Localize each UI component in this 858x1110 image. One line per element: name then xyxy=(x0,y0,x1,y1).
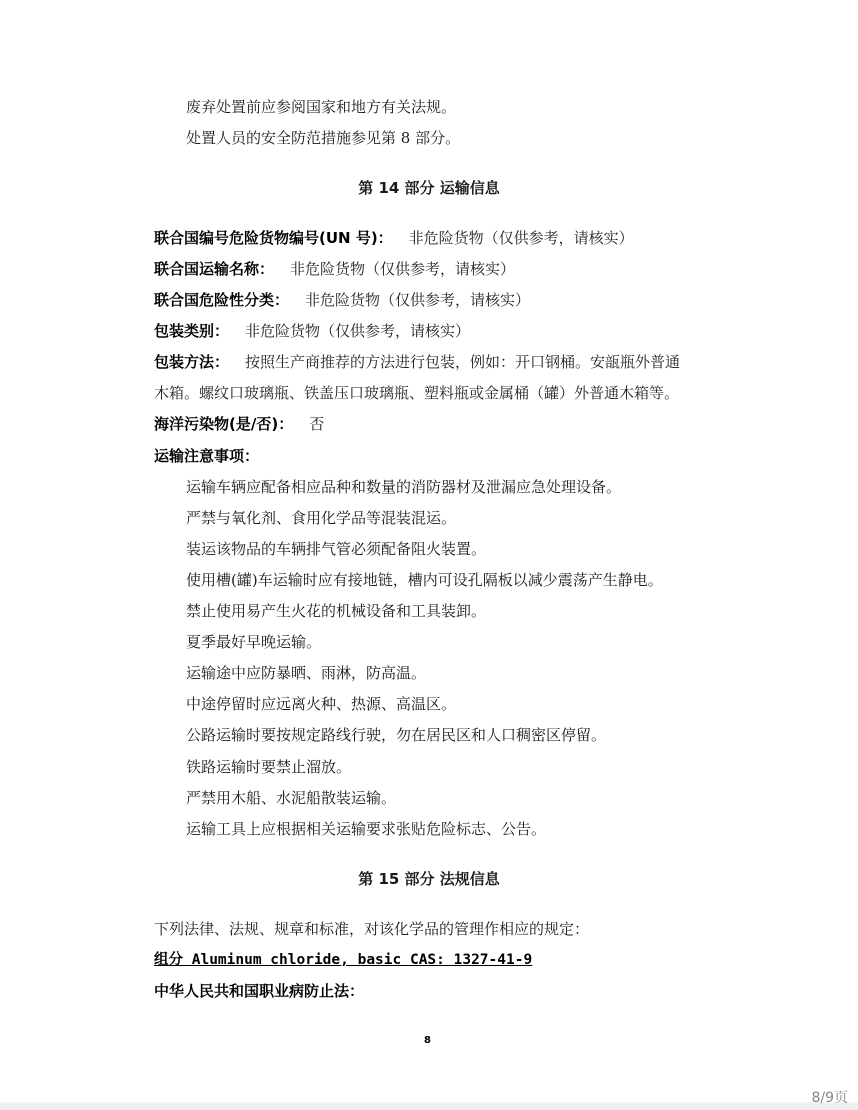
field-label: 包装类别： xyxy=(154,322,229,340)
field-packing-method: 包装方法：按照生产商推荐的方法进行包装，例如：开口钢桶。安瓿瓶外普通 xyxy=(154,352,680,372)
precaution-item: 装运该物品的车辆排气管必须配备阻火装置。 xyxy=(186,539,486,559)
field-label: 海洋污染物(是/否)： xyxy=(154,415,293,433)
field-value: 非危险货物（仅供参考，请核实） xyxy=(245,322,470,340)
field-label: 联合国运输名称： xyxy=(154,260,274,278)
precaution-item: 严禁与氧化剂、食用化学品等混装混运。 xyxy=(186,508,456,528)
precaution-item: 严禁用木船、水泥船散装运输。 xyxy=(186,788,396,808)
field-label: 联合国危险性分类： xyxy=(154,291,289,309)
field-un-hazard-class: 联合国危险性分类：非危险货物（仅供参考，请核实） xyxy=(154,290,530,310)
section-15-title: 第 15 部分 法规信息 xyxy=(0,869,858,889)
field-value: 非危险货物（仅供参考，请核实） xyxy=(305,291,530,309)
field-packing-method-continuation: 木箱。螺纹口玻璃瓶、铁盖压口玻璃瓶、塑料瓶或金属桶（罐）外普通木箱等。 xyxy=(154,383,679,403)
precaution-item: 运输工具上应根据相关运输要求张贴危险标志、公告。 xyxy=(186,819,546,839)
field-value: 按照生产商推荐的方法进行包装，例如：开口钢桶。安瓿瓶外普通 xyxy=(245,353,680,371)
precaution-item: 铁路运输时要禁止溜放。 xyxy=(186,757,351,777)
precaution-item: 运输途中应防暴晒、雨淋，防高温。 xyxy=(186,663,426,683)
field-un-shipping-name: 联合国运输名称：非危险货物（仅供参考，请核实） xyxy=(154,259,515,279)
field-packing-group: 包装类别：非危险货物（仅供参考，请核实） xyxy=(154,321,470,341)
occupational-disease-law: 中华人民共和国职业病防止法： xyxy=(154,981,364,1001)
field-label: 联合国编号危险货物编号(UN 号)： xyxy=(154,229,393,247)
disposal-line-2: 处置人员的安全防范措施参见第 8 部分。 xyxy=(186,128,460,148)
precaution-item: 使用槽(罐)车运输时应有接地链，槽内可设孔隔板以减少震荡产生静电。 xyxy=(186,570,663,590)
page-indicator: 8/9页 xyxy=(811,1087,848,1107)
document-page: 废弃处置前应参阅国家和地方有关法规。 处置人员的安全防范措施参见第 8 部分。 … xyxy=(0,0,858,1100)
component-cas: 组分 Aluminum chloride, basic CAS: 1327-41… xyxy=(154,950,532,970)
regulations-intro: 下列法律、法规、规章和标准，对该化学品的管理作相应的规定： xyxy=(154,919,589,939)
precaution-item: 公路运输时要按规定路线行驶，勿在居民区和人口稠密区停留。 xyxy=(186,725,606,745)
precaution-item: 中途停留时应远离火种、热源、高温区。 xyxy=(186,694,456,714)
section-14-title: 第 14 部分 运输信息 xyxy=(0,178,858,198)
field-un-number: 联合国编号危险货物编号(UN 号)：非危险货物（仅供参考，请核实） xyxy=(154,228,634,248)
viewer-footer-bar xyxy=(0,1102,858,1110)
field-value: 非危险货物（仅供参考，请核实） xyxy=(409,229,634,247)
disposal-line-1: 废弃处置前应参阅国家和地方有关法规。 xyxy=(186,97,456,117)
field-value: 非危险货物（仅供参考，请核实） xyxy=(290,260,515,278)
field-value: 否 xyxy=(309,415,324,433)
precaution-item: 禁止使用易产生火花的机械设备和工具装卸。 xyxy=(186,601,486,621)
page-number: 8 xyxy=(424,1035,431,1046)
field-label: 包装方法： xyxy=(154,353,229,371)
transport-precautions-label: 运输注意事项： xyxy=(154,446,259,466)
field-marine-pollutant: 海洋污染物(是/否)：否 xyxy=(154,414,324,434)
precaution-item: 运输车辆应配备相应品种和数量的消防器材及泄漏应急处理设备。 xyxy=(186,477,621,497)
precaution-item: 夏季最好早晚运输。 xyxy=(186,632,321,652)
